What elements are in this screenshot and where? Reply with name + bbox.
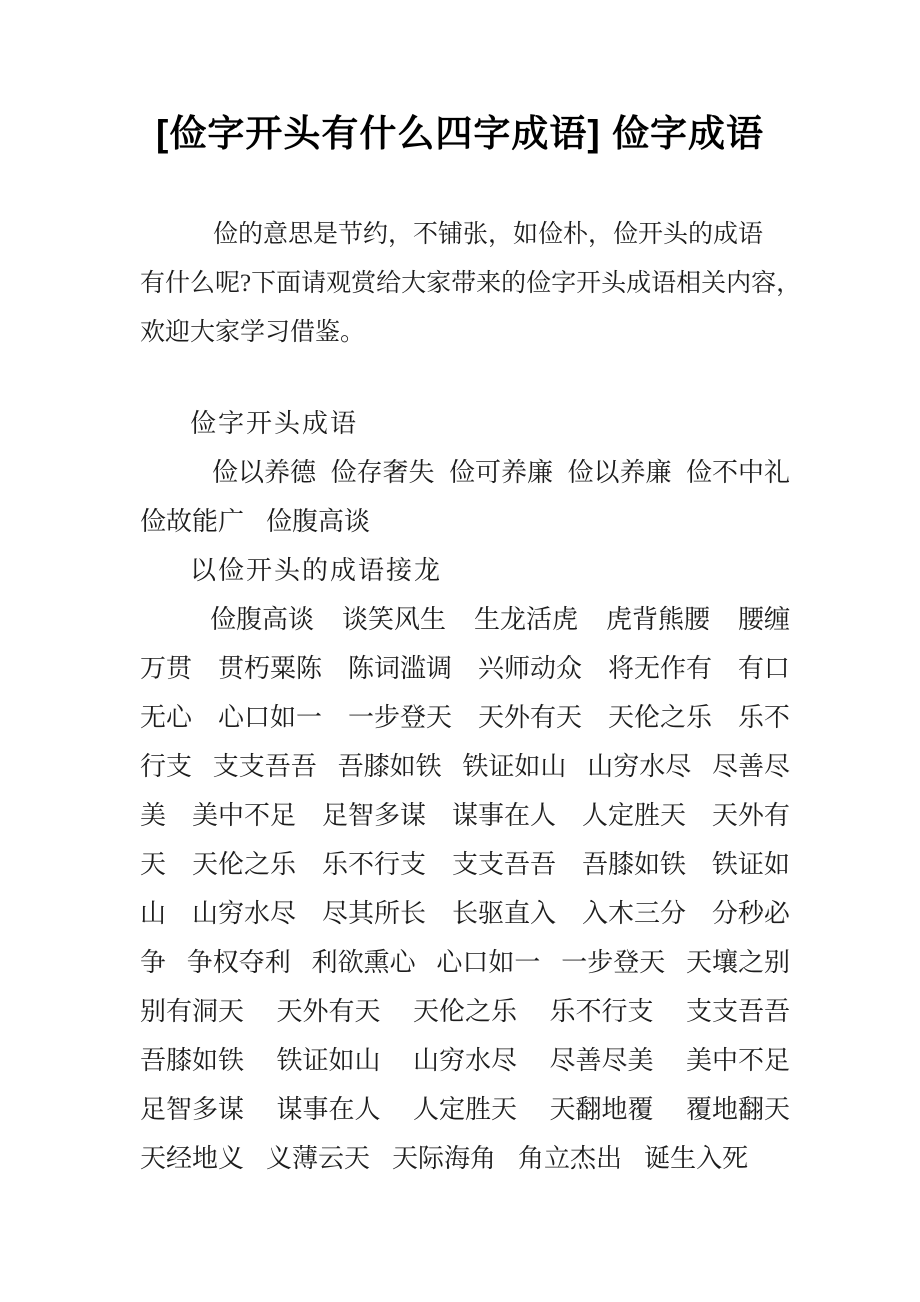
idiom: 俭以养廉 [567, 448, 671, 497]
idiom: 支支吾吾 [452, 840, 556, 889]
intro-line: 欢迎大家学习借鉴。 [140, 308, 790, 357]
idiom: 陈词滥调 [348, 644, 452, 693]
idiom: 利欲熏心 [312, 938, 416, 987]
idiom: 人定胜天 [582, 791, 686, 840]
idiom: 俭以养德 [212, 448, 316, 497]
idiom: 心口如一 [218, 693, 322, 742]
idiom: 支支吾吾 [686, 987, 790, 1036]
intro-line: 俭的意思是节约，不铺张，如俭朴，俭开头的成语 [140, 210, 790, 259]
idiom-line: 美美中不足足智多谋谋事在人人定胜天天外有 [140, 791, 790, 840]
idiom: 天 [140, 840, 166, 889]
idiom: 俭存奢失 [330, 448, 434, 497]
idiom: 尽其所长 [322, 889, 426, 938]
idiom: 将无作有 [608, 644, 712, 693]
idiom: 腰缠 [738, 595, 790, 644]
idiom: 乐不行支 [549, 987, 653, 1036]
idiom: 谋事在人 [452, 791, 556, 840]
idiom: 天伦之乐 [608, 693, 712, 742]
idiom: 天伦之乐 [413, 987, 517, 1036]
intro-line: 有什么呢?下面请观赏给大家带来的俭字开头成语相关内容， [140, 259, 790, 308]
idiom-line: 俭以养德俭存奢失俭可养廉俭以养廉俭不中礼 [140, 448, 790, 497]
idiom-sections: 俭字开头成语俭以养德俭存奢失俭可养廉俭以养廉俭不中礼俭故能广俭腹高谈以俭开头的成… [140, 399, 790, 1183]
document-title: [俭字开头有什么四字成语] 俭字成语 [0, 112, 920, 156]
idiom: 争权夺利 [187, 938, 291, 987]
idiom-line: 足智多谋谋事在人人定胜天天翻地覆覆地翻天 [140, 1085, 790, 1134]
idiom: 谈笑风生 [342, 595, 446, 644]
idiom: 义薄云天 [266, 1144, 370, 1173]
idiom: 俭不中礼 [686, 448, 790, 497]
idiom: 角立杰出 [518, 1144, 622, 1173]
idiom: 铁证如山 [462, 742, 566, 791]
idiom: 乐不 [738, 693, 790, 742]
idiom: 山 [140, 889, 166, 938]
idiom-line: 俭腹高谈谈笑风生生龙活虎虎背熊腰腰缠 [140, 595, 790, 644]
idiom: 无心 [140, 693, 192, 742]
idiom-line: 争争权夺利利欲熏心心口如一一步登天天壤之别 [140, 938, 790, 987]
idiom: 山穷水尽 [413, 1036, 517, 1085]
idiom: 美中不足 [686, 1036, 790, 1085]
idiom: 尽善尽美 [549, 1036, 653, 1085]
idiom: 天外有天 [276, 987, 380, 1036]
idiom: 万贯 [140, 644, 192, 693]
idiom: 天经地义 [140, 1144, 244, 1173]
idiom: 铁证如山 [276, 1036, 380, 1085]
idiom: 天伦之乐 [192, 840, 296, 889]
idiom: 争 [140, 938, 166, 987]
idiom: 虎背熊腰 [606, 595, 710, 644]
idiom: 天际海角 [392, 1144, 496, 1173]
idiom: 一步登天 [561, 938, 665, 987]
idiom: 天外有天 [478, 693, 582, 742]
idiom: 生龙活虎 [474, 595, 578, 644]
idiom: 山穷水尽 [192, 889, 296, 938]
section-heading: 俭字开头成语 [140, 399, 790, 448]
idiom: 覆地翻天 [686, 1085, 790, 1134]
idiom: 行支 [140, 742, 192, 791]
idiom: 诞生入死 [644, 1144, 748, 1173]
section-heading: 以俭开头的成语接龙 [140, 546, 790, 595]
idiom-line: 天经地义义薄云天天际海角角立杰出诞生入死 [140, 1134, 790, 1183]
idiom-line: 行支支支吾吾吾膝如铁铁证如山山穷水尽尽善尽 [140, 742, 790, 791]
idiom: 心口如一 [436, 938, 540, 987]
idiom: 长驱直入 [452, 889, 556, 938]
idiom: 俭可养廉 [449, 448, 553, 497]
document-page: [俭字开头有什么四字成语] 俭字成语 俭的意思是节约，不铺张，如俭朴，俭开头的成… [0, 0, 920, 1302]
idiom: 天翻地覆 [549, 1085, 653, 1134]
idiom: 俭腹高谈 [210, 595, 314, 644]
idiom: 兴师动众 [478, 644, 582, 693]
idiom-line: 俭故能广俭腹高谈 [140, 497, 790, 546]
idiom: 别有洞天 [140, 987, 244, 1036]
idiom: 入木三分 [582, 889, 686, 938]
idiom-line: 万贯贯朽粟陈陈词滥调兴师动众将无作有有口 [140, 644, 790, 693]
idiom: 支支吾吾 [213, 742, 317, 791]
idiom: 铁证如 [712, 840, 790, 889]
idiom: 吾膝如铁 [338, 742, 442, 791]
idiom: 贯朽粟陈 [218, 644, 322, 693]
idiom: 一步登天 [348, 693, 452, 742]
document-content: 俭的意思是节约，不铺张，如俭朴，俭开头的成语有什么呢?下面请观赏给大家带来的俭字… [140, 210, 790, 1183]
idiom: 俭腹高谈 [266, 507, 370, 536]
idiom: 吾膝如铁 [582, 840, 686, 889]
idiom: 天壤之别 [686, 938, 790, 987]
idiom: 有口 [738, 644, 790, 693]
idiom: 足智多谋 [140, 1085, 244, 1134]
idiom: 美中不足 [192, 791, 296, 840]
idiom: 人定胜天 [413, 1085, 517, 1134]
idiom-line: 吾膝如铁铁证如山山穷水尽尽善尽美美中不足 [140, 1036, 790, 1085]
idiom: 乐不行支 [322, 840, 426, 889]
idiom-line: 无心心口如一一步登天天外有天天伦之乐乐不 [140, 693, 790, 742]
idiom: 尽善尽 [712, 742, 790, 791]
idiom: 吾膝如铁 [140, 1036, 244, 1085]
idiom-line: 天天伦之乐乐不行支支支吾吾吾膝如铁铁证如 [140, 840, 790, 889]
idiom: 俭故能广 [140, 507, 244, 536]
idiom-line: 山山穷水尽尽其所长长驱直入入木三分分秒必 [140, 889, 790, 938]
idiom: 山穷水尽 [587, 742, 691, 791]
idiom: 分秒必 [712, 889, 790, 938]
idiom: 足智多谋 [322, 791, 426, 840]
idiom: 美 [140, 791, 166, 840]
idiom: 天外有 [712, 791, 790, 840]
idiom-line: 别有洞天天外有天天伦之乐乐不行支支支吾吾 [140, 987, 790, 1036]
intro-paragraph: 俭的意思是节约，不铺张，如俭朴，俭开头的成语有什么呢?下面请观赏给大家带来的俭字… [140, 210, 790, 357]
idiom: 谋事在人 [276, 1085, 380, 1134]
